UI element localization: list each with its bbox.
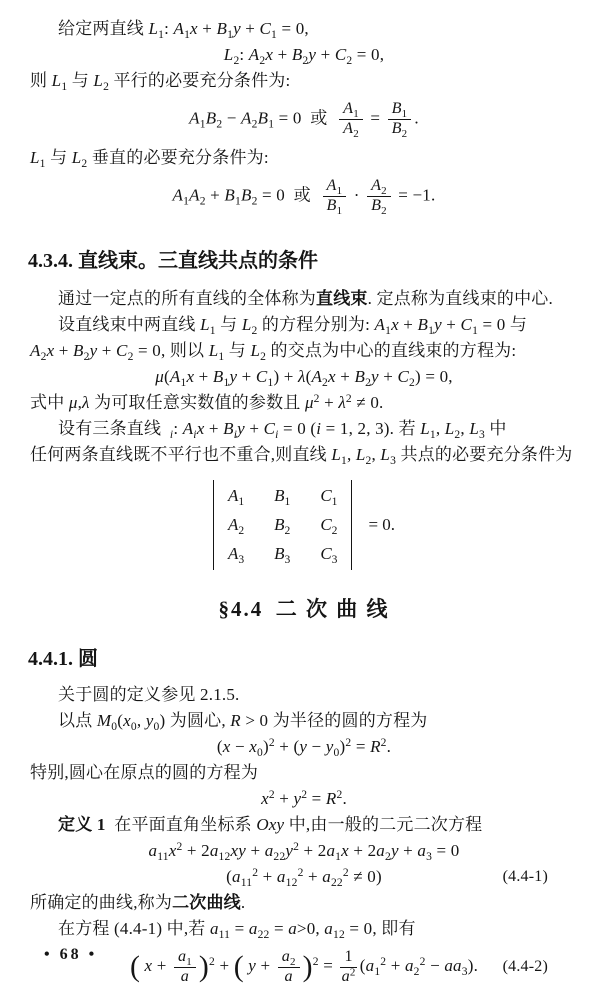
determinant-cell: B1 xyxy=(274,486,290,506)
text-line: μ(A1x + B1y + C1) + λ(A2x + B2y + C2) = … xyxy=(30,364,578,390)
determinant-cell: C2 xyxy=(320,515,337,535)
text-line: L2: A2x + B2y + C2 = 0, xyxy=(30,42,578,68)
text-line: 式中 μ,λ 为可取任意实数值的参数且 μ2 + λ2 ≠ 0. xyxy=(30,390,578,416)
text-line: a11x2 + 2a12xy + a22y2 + 2a1x + 2a2y + a… xyxy=(30,838,578,864)
equation-number: (4.4-2) xyxy=(503,954,548,980)
numbered-equation: ( x + a1a)2 + ( y + a2a)2 = 1a2(a12 + a2… xyxy=(30,942,578,986)
text-line: 设直线束中两直线 L1 与 L2 的方程分别为: A1x + B1y + C1 … xyxy=(30,312,578,338)
text-line: 设有三条直线 i: Aix + Biy + Ci = 0 (i = 1, 2, … xyxy=(30,416,578,442)
text-line: A2x + B2y + C2 = 0, 则以 L1 与 L2 的交点为中心的直线… xyxy=(30,338,578,364)
subsection-heading: 4.4.1. 圆 xyxy=(28,646,578,672)
text-line: (x − x0)2 + (y − y0)2 = R2. xyxy=(30,734,578,760)
numbered-equation: (a112 + a122 + a222 ≠ 0)(4.4-1) xyxy=(30,864,578,890)
text-line: 则 L1 与 L2 平行的必要充分条件为: xyxy=(30,68,578,94)
text-line: 通过一定点的所有直线的全体称为直线束. 定点称为直线束的中心. xyxy=(30,286,578,312)
document-content: 给定两直线 L1: A1x + B1y + C1 = 0,L2: A2x + B… xyxy=(0,16,608,986)
text-line: 关于圆的定义参见 2.1.5. xyxy=(30,682,578,708)
text-line: A1A2 + B1B2 = 0 或 A1B1 · A2B2 = −1. xyxy=(30,171,578,222)
page-number: • 68 • xyxy=(44,946,97,964)
text-line: 特别,圆心在原点的圆的方程为 xyxy=(30,760,578,786)
determinant-cell: A1 xyxy=(228,486,244,506)
text-line: 任何两条直线既不平行也不重合,则直线 L1, L2, L3 共点的必要充分条件为 xyxy=(30,442,578,468)
section-heading: §4.4 二 次 曲 线 xyxy=(30,594,578,624)
book-page: 给定两直线 L1: A1x + B1y + C1 = 0,L2: A2x + B… xyxy=(0,0,608,986)
determinant: A1B1C1A2B2C2A3B3C3= 0. xyxy=(213,480,395,570)
text-line: x2 + y2 = R2. xyxy=(30,786,578,812)
formula: (a112 + a122 + a222 ≠ 0) xyxy=(226,867,382,886)
text-line: 以点 M0(x0, y0) 为圆心, R > 0 为半径的圆的方程为 xyxy=(30,708,578,734)
text-line: 给定两直线 L1: A1x + B1y + C1 = 0, xyxy=(30,16,578,42)
text-line: 定义 1 在平面直角坐标系 Oxy 中,由一般的二元二次方程 xyxy=(30,812,578,838)
subsection-heading: 4.3.4. 直线束。三直线共点的条件 xyxy=(28,248,578,274)
determinant-cell: A2 xyxy=(228,515,244,535)
formula: ( x + a1a)2 + ( y + a2a)2 = 1a2(a12 + a2… xyxy=(130,956,478,975)
text-line: 所确定的曲线,称为二次曲线. xyxy=(30,890,578,916)
determinant-cell: C1 xyxy=(320,486,337,506)
determinant-cell: C3 xyxy=(320,544,337,564)
text-line: 在方程 (4.4-1) 中,若 a11 = a22 = a>0, a12 = 0… xyxy=(30,916,578,942)
determinant-condition: A1B1C1A2B2C2A3B3C3= 0. xyxy=(30,480,578,570)
text-line: L1 与 L2 垂直的必要充分条件为: xyxy=(30,145,578,171)
determinant-cell: B3 xyxy=(274,544,290,564)
text-line: A1B2 − A2B1 = 0 或 A1A2 = B1B2. xyxy=(30,94,578,145)
determinant-cell: A3 xyxy=(228,544,244,564)
equation-number: (4.4-1) xyxy=(503,864,548,890)
determinant-rhs: = 0. xyxy=(368,515,395,535)
determinant-cell: B2 xyxy=(274,515,290,535)
